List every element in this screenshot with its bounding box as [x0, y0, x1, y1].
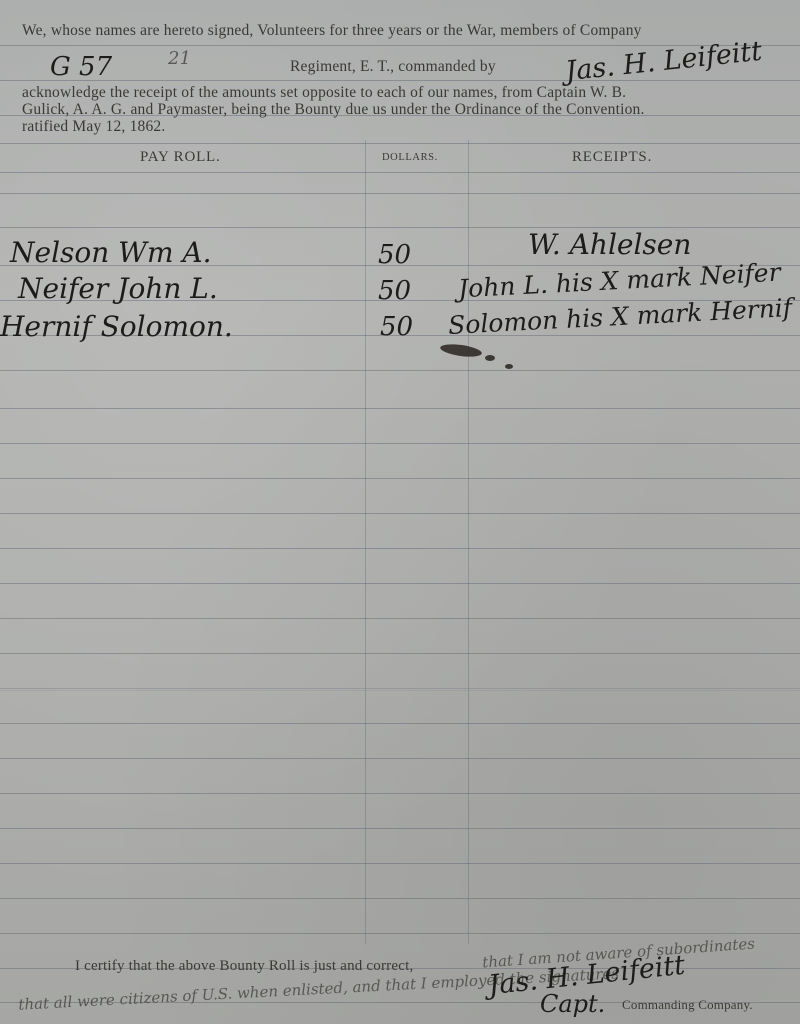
dollar-amount: 50	[380, 312, 413, 342]
ruled-line	[0, 793, 800, 794]
header-line-1: We, whose names are hereto signed, Volun…	[22, 22, 642, 40]
ruled-line	[0, 863, 800, 864]
column-divider-receipts	[468, 140, 469, 944]
ruled-line	[0, 408, 800, 409]
header-line-5: ratified May 12, 1862.	[22, 118, 165, 136]
column-header-dollars: Dollars.	[382, 152, 438, 163]
company-handwritten: G 57	[50, 52, 112, 82]
column-header-pay-roll: PAY ROLL.	[140, 149, 221, 166]
ruled-line	[0, 513, 800, 514]
commanding-company-text: Commanding Company.	[622, 997, 753, 1013]
dollar-amount: 50	[378, 276, 411, 306]
ruled-line	[0, 653, 800, 654]
ruled-line	[0, 583, 800, 584]
ruled-line	[0, 898, 800, 899]
header-line-3: acknowledge the receipt of the amounts s…	[22, 84, 626, 102]
ruled-line	[0, 443, 800, 444]
ruled-line	[0, 618, 800, 619]
ink-blot	[485, 355, 495, 361]
captain-title: Capt.	[540, 990, 605, 1018]
payee-name: Nelson Wm A.	[10, 236, 212, 269]
ruled-line	[0, 370, 800, 371]
ruled-line	[0, 478, 800, 479]
column-divider-dollars	[365, 140, 366, 944]
ruled-line	[0, 758, 800, 759]
ruled-line	[0, 193, 800, 194]
dollar-amount: 50	[378, 240, 411, 270]
ruled-line	[0, 828, 800, 829]
ruled-line	[0, 723, 800, 724]
ink-blot	[505, 364, 513, 369]
ruled-line	[0, 933, 800, 934]
ruled-line	[0, 172, 800, 173]
ruled-line	[0, 548, 800, 549]
receipt-signature: W. Ahlelsen	[528, 228, 691, 261]
paper-fold	[0, 688, 800, 691]
column-header-receipts: RECEIPTS.	[572, 149, 652, 166]
payee-name: Neifer John L.	[18, 272, 218, 305]
ruled-line	[0, 143, 800, 144]
certification-text: I certify that the above Bounty Roll is …	[75, 958, 413, 975]
regiment-handwritten: 21	[168, 48, 191, 69]
header-line-4: Gulick, A. A. G. and Paymaster, being th…	[22, 101, 645, 119]
payee-name: Hernif Solomon.	[0, 310, 233, 343]
ruled-line	[0, 80, 800, 81]
header-line-2: Regiment, E. T., commanded by	[290, 58, 496, 76]
